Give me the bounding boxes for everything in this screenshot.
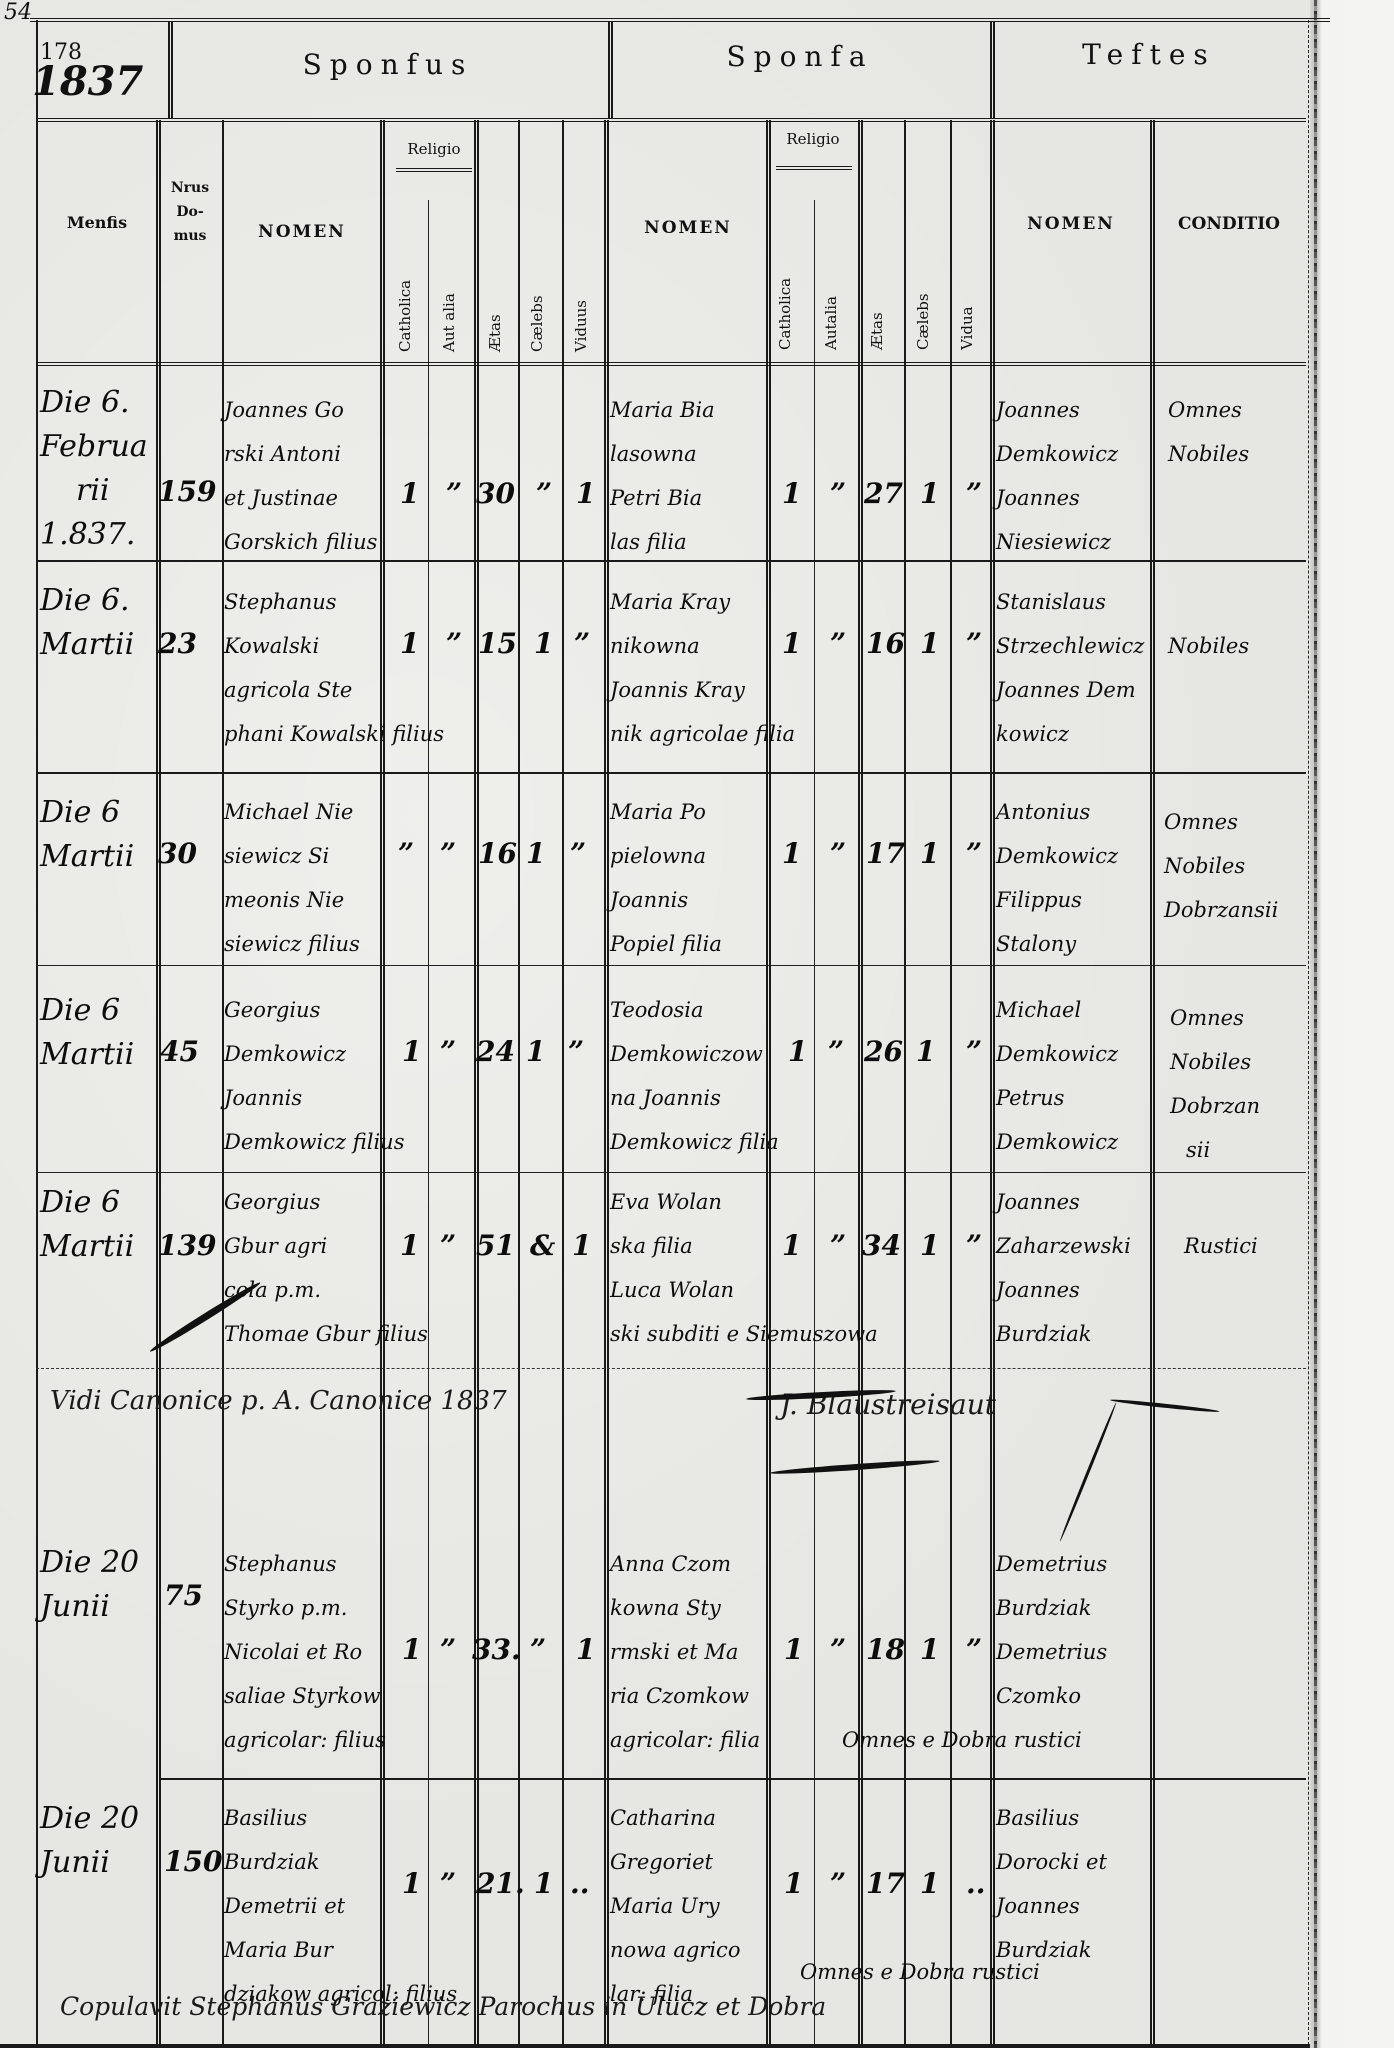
groom-viduus: ” — [568, 1030, 584, 1074]
bottom-edge — [0, 2044, 1310, 2048]
page-edge — [1310, 0, 1394, 2048]
nrus-line-1: Nrus — [160, 176, 220, 200]
col-header-testes-nomen: NOMEN — [994, 214, 1148, 234]
witnesses-names: JoannesZaharzewskiJoannesBurdziak — [996, 1180, 1131, 1356]
house-number: 139 — [158, 1224, 216, 1268]
entry-date: Die 20Junii — [40, 1796, 139, 1884]
groom-age: 21. — [476, 1862, 525, 1906]
entry-date: Die 6.Martii — [40, 578, 134, 666]
section-divider — [36, 118, 1306, 122]
col-header-sponsus-religio: Religio — [392, 140, 476, 158]
bride-vidua: ” — [966, 1224, 982, 1268]
religio-underline-sponsa — [776, 166, 852, 170]
signature-flourish — [1110, 1398, 1220, 1413]
bride-aut-alia: ” — [830, 1224, 846, 1268]
col-header-sponsa-aetas: Ætas — [868, 312, 886, 350]
groom-viduus: ” — [574, 622, 590, 666]
col-header-sponsus-catholica: Catholica — [396, 280, 414, 352]
bride-caelebs: 1 — [920, 622, 939, 666]
bride-aut-alia: ” — [830, 1628, 846, 1672]
religio-underline-sponsus — [396, 168, 472, 172]
bride-name: Maria KraynikownaJoannis Kraynik agricol… — [610, 580, 795, 756]
bride-vidua: .. — [966, 1862, 986, 1906]
bride-catholica: 1 — [788, 1030, 807, 1074]
bride-vidua: ” — [966, 472, 982, 516]
col-line-aut-alia — [474, 120, 479, 2048]
bride-age: 17 — [866, 1862, 905, 1906]
row-separator — [160, 1778, 1306, 1780]
col-line-viduus — [604, 120, 609, 2048]
groom-caelebs: 1 — [526, 832, 545, 876]
bride-caelebs: 1 — [920, 1224, 939, 1268]
entry-date: Die 20Junii — [40, 1540, 139, 1628]
house-number: 45 — [160, 1030, 199, 1074]
groom-name: Michael Niesiewicz Simeonis Niesiewicz f… — [224, 790, 360, 966]
bride-aut-alia: ” — [830, 472, 846, 516]
witnesses-names: StanislausStrzechlewiczJoannes Demkowicz — [996, 580, 1144, 756]
entry-date: Die 6Martii — [40, 988, 134, 1076]
col-header-sponsus-nomen: NOMEN — [226, 222, 378, 242]
bride-age: 17 — [866, 832, 905, 876]
witnesses-condition: OmnesNobilesDobrzansii — [1170, 996, 1260, 1172]
groom-name: StephanusStyrko p.m.Nicolai et Rosaliae … — [224, 1542, 386, 1762]
header-divider — [36, 362, 1306, 366]
witnesses-footnote: Omnes e Dobra rustici — [842, 1718, 1082, 1762]
groom-viduus: 1 — [576, 472, 595, 516]
bride-name: Anna Czomkowna Styrmski et Maria Czomkow… — [610, 1542, 760, 1762]
groom-catholica: ” — [398, 832, 414, 876]
groom-age: 16 — [478, 832, 517, 876]
bride-catholica: 1 — [782, 1224, 801, 1268]
bride-name: TeodosiaDemkowiczowna JoannisDemkowicz f… — [610, 988, 779, 1164]
groom-age: 33. — [472, 1628, 521, 1672]
signature-flourish — [770, 1458, 940, 1476]
bride-aut-alia: ” — [830, 832, 846, 876]
witnesses-names: MichaelDemkowiczPetrusDemkowicz — [996, 988, 1118, 1164]
section-sponsus: Sponfus — [170, 48, 606, 81]
groom-caelebs: 1 — [534, 622, 553, 666]
col-header-sponsa-religio: Religio — [770, 130, 856, 148]
bride-vidua: ” — [966, 1030, 982, 1074]
groom-age: 51 — [476, 1224, 515, 1268]
col-header-nrus-domus: Nrus Do- mus — [160, 176, 220, 248]
bride-age: 27 — [864, 472, 903, 516]
groom-aut-alia: ” — [446, 472, 462, 516]
bride-caelebs: 1 — [916, 1030, 935, 1074]
col-line-mensis — [156, 120, 161, 2048]
house-number: 30 — [158, 832, 197, 876]
row-separator — [36, 1172, 1306, 1173]
groom-name: GeorgiusDemkowiczJoannisDemkowicz filius — [224, 988, 404, 1164]
house-number: 150 — [164, 1840, 222, 1884]
col-line-caelebs — [562, 120, 564, 2048]
witnesses-condition: Nobiles — [1168, 624, 1249, 668]
section-testes: Teftes — [992, 38, 1306, 71]
bride-name: CatharinaGregorietMaria Urynowa agricola… — [610, 1796, 740, 2016]
groom-viduus: 1 — [572, 1224, 591, 1268]
visitation-note: Vidi Canonice p. A. Canonice 1837 — [50, 1386, 507, 1416]
top-border — [30, 18, 1330, 22]
bride-aut-alia: ” — [828, 1030, 844, 1074]
bride-name: Maria BialasownaPetri Bialas filia — [610, 388, 715, 564]
bride-catholica: 1 — [782, 622, 801, 666]
bride-age: 18 — [866, 1628, 905, 1672]
groom-age: 24 — [476, 1030, 515, 1074]
witnesses-condition: OmnesNobiles — [1168, 388, 1249, 476]
groom-age: 30 — [476, 472, 515, 516]
groom-aut-alia: ” — [440, 1862, 456, 1906]
col-line-sponsa-catholica — [814, 200, 815, 2048]
bride-caelebs: 1 — [920, 1628, 939, 1672]
groom-catholica: 1 — [400, 1224, 419, 1268]
officiant-note: Copulavit Stephanus Graziewicz Parochus … — [60, 1992, 826, 2021]
groom-age: 15 — [478, 622, 517, 666]
groom-catholica: 1 — [400, 472, 419, 516]
groom-caelebs: & — [530, 1224, 555, 1268]
bride-caelebs: 1 — [920, 832, 939, 876]
row-separator — [36, 1368, 1306, 1369]
bride-catholica: 1 — [782, 472, 801, 516]
left-border — [36, 20, 38, 2048]
bride-name: Eva Wolanska filiaLuca Wolanski subditi … — [610, 1180, 878, 1356]
bride-age: 34 — [862, 1224, 901, 1268]
witnesses-condition: Rustici — [1184, 1224, 1258, 1268]
corner-page-mark: 54 — [4, 0, 32, 25]
col-header-sponsus-aut-alia: Aut alia — [440, 293, 458, 352]
groom-viduus: .. — [570, 1862, 590, 1906]
entry-date: Die 6Martii — [40, 790, 134, 878]
groom-caelebs: ” — [530, 1628, 546, 1672]
col-header-sponsus-viduus: Viduus — [572, 300, 590, 352]
bride-vidua: ” — [966, 622, 982, 666]
bride-age: 26 — [864, 1030, 903, 1074]
witnesses-condition: OmnesNobilesDobrzansii — [1164, 800, 1278, 932]
bride-name: Maria PopielownaJoannisPopiel filia — [610, 790, 722, 966]
col-line-testes-nomen — [1150, 120, 1155, 2048]
bride-catholica: 1 — [784, 1862, 803, 1906]
groom-aut-alia: ” — [440, 832, 456, 876]
bride-vidua: ” — [966, 832, 982, 876]
bride-caelebs: 1 — [920, 1862, 939, 1906]
groom-catholica: 1 — [402, 1862, 421, 1906]
groom-name: StephanusKowalskiagricola Stephani Kowal… — [224, 580, 444, 756]
groom-name: GeorgiusGbur agricola p.m.Thomae Gbur fi… — [224, 1180, 428, 1356]
house-number: 75 — [164, 1574, 203, 1618]
bride-caelebs: 1 — [920, 472, 939, 516]
bride-aut-alia: ” — [830, 1862, 846, 1906]
witnesses-names: BasiliusDorocki etJoannesBurdziak — [996, 1796, 1107, 1972]
groom-name: BasiliusBurdziakDemetrii etMaria Burdzia… — [224, 1796, 457, 2016]
col-header-sponsa-vidua: Vidua — [958, 306, 976, 350]
bride-age: 16 — [866, 622, 905, 666]
handwritten-year: 1837 — [32, 58, 143, 105]
house-number: 23 — [158, 622, 197, 666]
nrus-line-3: mus — [160, 224, 220, 248]
bride-catholica: 1 — [784, 1628, 803, 1672]
groom-aut-alia: ” — [440, 1030, 456, 1074]
witnesses-names: DemetriusBurdziakDemetriusCzomko — [996, 1542, 1107, 1718]
groom-catholica: 1 — [402, 1030, 421, 1074]
groom-viduus: 1 — [576, 1628, 595, 1672]
nrus-line-2: Do- — [160, 200, 220, 224]
register-page: 54 178 1837 Sponfus Sponfa Teftes Menfis… — [0, 0, 1394, 2048]
house-number: 159 — [158, 470, 216, 514]
groom-caelebs: 1 — [534, 1862, 553, 1906]
signature-flourish — [1059, 1402, 1118, 1542]
bride-aut-alia: ” — [830, 622, 846, 666]
groom-catholica: 1 — [402, 1628, 421, 1672]
groom-aut-alia: ” — [446, 622, 462, 666]
col-header-sponsa-caelebs: Cælebs — [914, 293, 932, 350]
groom-catholica: 1 — [400, 622, 419, 666]
groom-caelebs: ” — [536, 472, 552, 516]
bride-catholica: 1 — [782, 832, 801, 876]
groom-aut-alia: ” — [440, 1224, 456, 1268]
witnesses-names: AntoniusDemkowiczFilippusStalony — [996, 790, 1118, 966]
bride-vidua: ” — [966, 1628, 982, 1672]
col-line-aetas — [518, 120, 520, 2048]
witnesses-footnote: Omnes e Dobra rustici — [800, 1950, 1040, 1994]
witnesses-names: JoannesDemkowiczJoannesNiesiewicz — [996, 388, 1118, 564]
entry-date: Die 6.Februarii1.837. — [40, 380, 148, 556]
row-separator — [36, 772, 1306, 774]
groom-viduus: ” — [570, 832, 586, 876]
entry-date: Die 6Martii — [40, 1180, 134, 1268]
col-header-mensis: Menfis — [40, 210, 154, 236]
groom-name: Joannes Gorski Antoniet JustinaeGorskich… — [224, 388, 377, 564]
groom-caelebs: 1 — [526, 1030, 545, 1074]
col-header-sponsa-nomen: NOMEN — [612, 218, 764, 238]
col-header-sponsus-aetas: Ætas — [486, 314, 504, 352]
col-line-catholica — [428, 200, 429, 2048]
col-header-sponsus-caelebs: Cælebs — [528, 295, 546, 352]
section-sponsa: Sponfa — [610, 40, 990, 73]
col-header-testes-conditio: CONDITIO — [1154, 214, 1304, 234]
col-header-sponsa-aut-alia: Autalia — [822, 296, 840, 350]
groom-aut-alia: ” — [440, 1628, 456, 1672]
col-header-sponsa-catholica: Catholica — [776, 278, 794, 350]
right-border — [1308, 20, 1309, 2048]
